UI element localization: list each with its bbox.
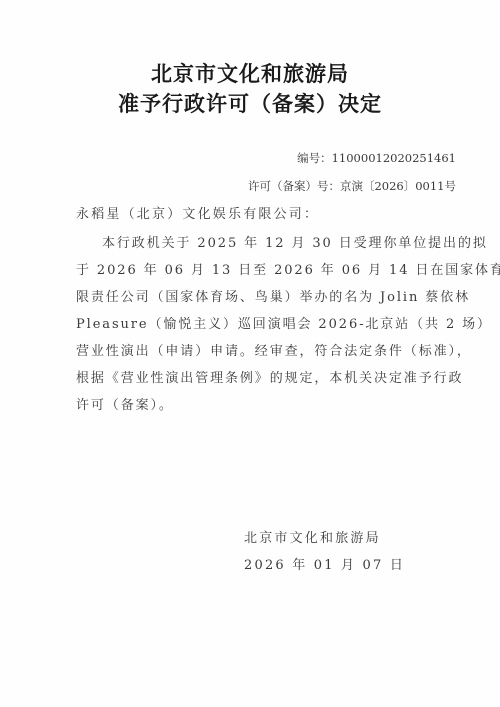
serial-number: 编号：11000012020251461 (297, 150, 456, 166)
body-line: 根据《营业性演出管理条例》的规定，本机关决定准予行政 (76, 365, 426, 392)
body-line: 许可（备案）。 (76, 392, 426, 419)
addressee: 永稻星（北京）文化娱乐有限公司： (76, 203, 319, 222)
body-line: 营业性演出（申请）申请。经审查，符合法定条件（标准）， (76, 338, 426, 365)
body-line: 于 2026 年 06 月 13 日至 2026 年 06 月 14 日在国家体… (76, 257, 426, 284)
decision-title: 准予行政许可（备案）决定 (0, 88, 500, 118)
body-line: 限责任公司（国家体育场、鸟巢）举办的名为 Jolin 蔡依林 (76, 284, 426, 311)
decision-body: 本行政机关于 2025 年 12 月 30 日受理你单位提出的拟 于 2026 … (76, 230, 426, 419)
body-line: 本行政机关于 2025 年 12 月 30 日受理你单位提出的拟 (76, 230, 426, 257)
body-line: Pleasure（愉悦主义）巡回演唱会 2026-北京站（共 2 场） (76, 311, 426, 338)
issuer-title: 北京市文化和旅游局 (0, 58, 500, 88)
permit-number: 许可（备案）号：京演〔2026〕0011号 (248, 178, 456, 194)
document-page: 北京市文化和旅游局 准予行政许可（备案）决定 编号：11000012020251… (0, 0, 500, 707)
signature-issuer: 北京市文化和旅游局 (244, 527, 381, 546)
signature-date: 2026 年 01 月 07 日 (244, 554, 405, 573)
